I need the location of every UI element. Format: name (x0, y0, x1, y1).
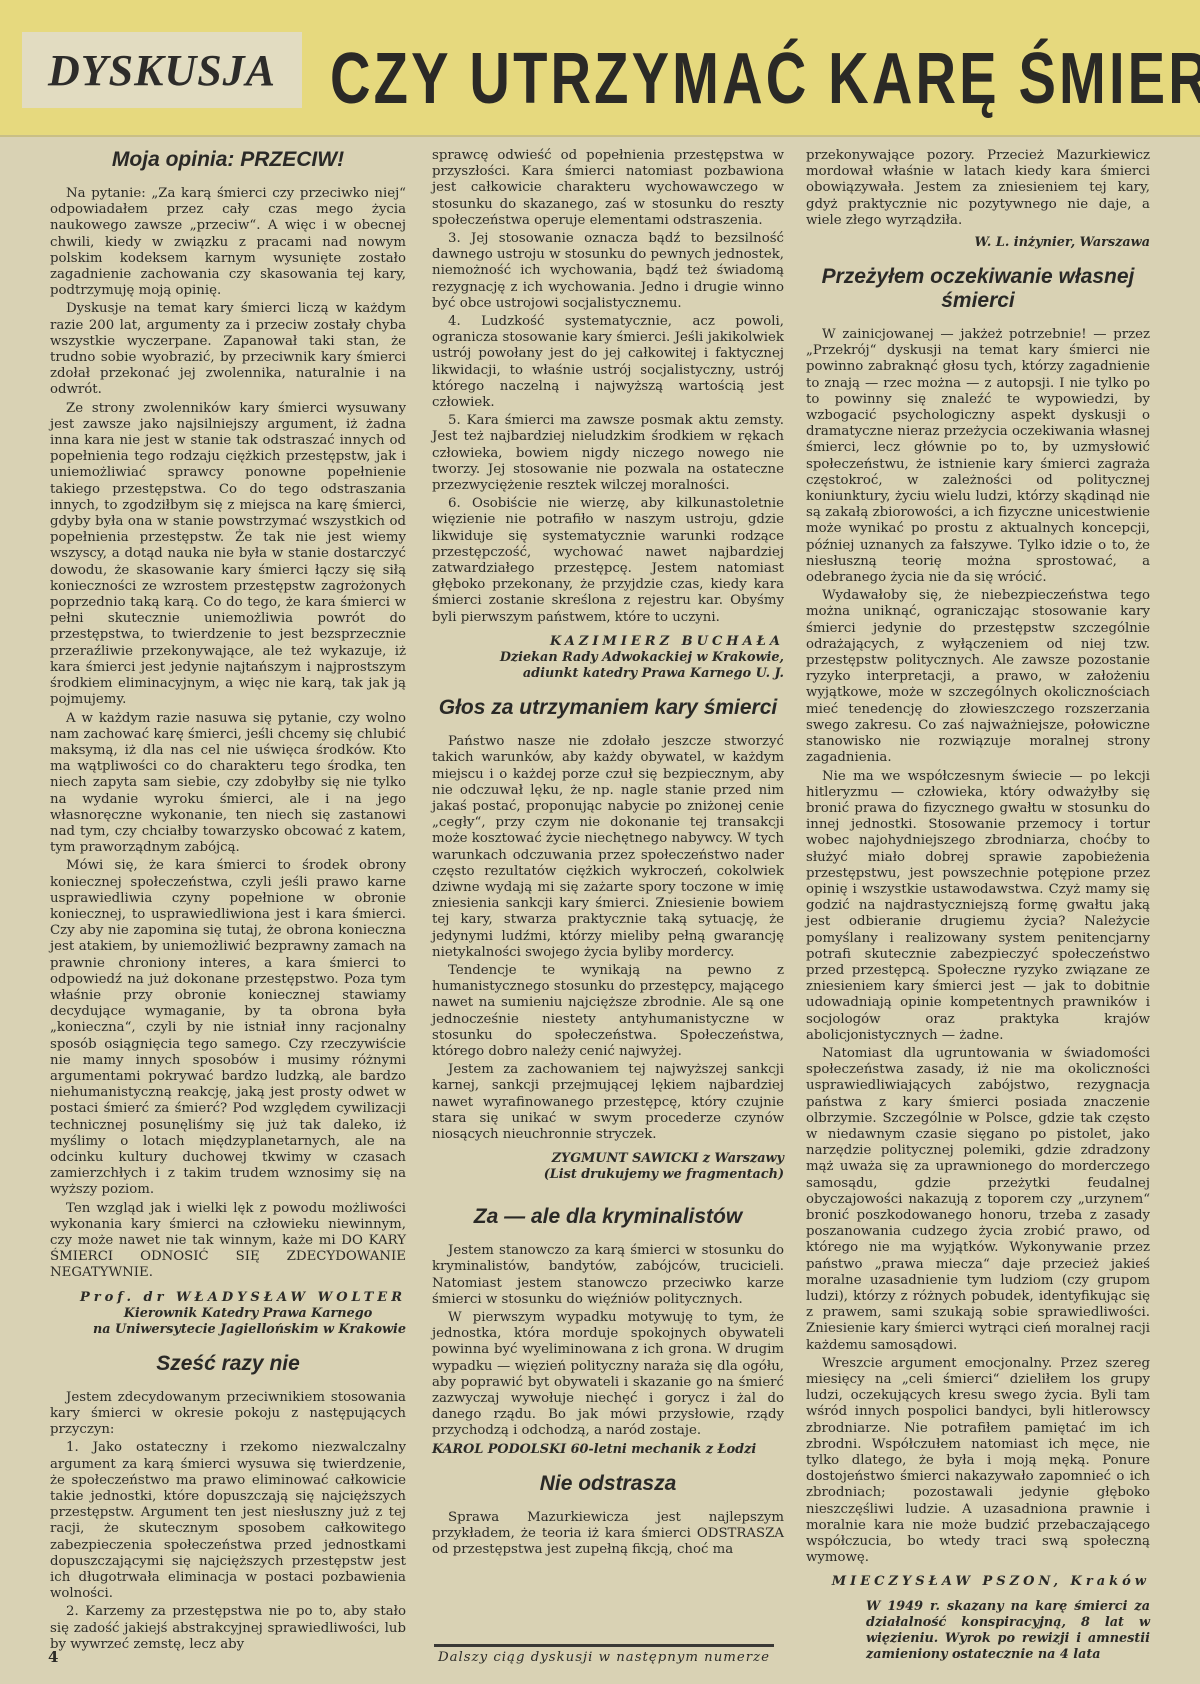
article-title-wl: Nie odstrasza (432, 1472, 784, 1496)
page-number: 4 (48, 1648, 58, 1666)
list-point: 3. Jej stosowanie oznacza bądź to bezsil… (432, 231, 784, 312)
author-affiliation: adiunkt katedry Prawa Karnego U. J. (432, 666, 784, 682)
author-affiliation: Dziekan Rady Adwokackiej w Krakowie, (432, 650, 784, 666)
article-title-wolter: Moja opinia: PRZECIW! (50, 148, 406, 172)
continued-note: Dalszy ciąg dyskusji w następnym numerze (434, 1650, 774, 1665)
paragraph-continued: przekonywające pozory. Przecież Mazurkie… (806, 148, 1150, 229)
author-signature-pszon: MIECZYSŁAW PSZON, Kraków (806, 1574, 1150, 1590)
column-1: Moja opinia: PRZECIW! Na pytanie: „Za ka… (50, 148, 406, 1655)
article-title-sawicki: Głos za utrzymaniem kary śmierci (432, 696, 784, 720)
paragraph: Dyskusje na temat kary śmierci liczą w k… (50, 301, 406, 398)
paragraph: Sprawa Mazurkiewicza jest najlepszym prz… (432, 1510, 784, 1559)
editorial-note: (List drukujemy we fragmentach) (432, 1167, 784, 1183)
author-signature-buchala: KAZIMIERZ BUCHAŁA (432, 634, 784, 650)
paragraph: Wydawałoby się, że niebezpieczeństwa teg… (806, 588, 1150, 766)
paragraph: Na pytanie: „Za karą śmierci czy przeciw… (50, 186, 406, 299)
paragraph: Natomiast dla ugruntowania w świadomości… (806, 1046, 1150, 1354)
author-signature-podolski: KAROL PODOLSKI 60-letni mechanik z Łodzi (432, 1442, 784, 1458)
paragraph: Jestem za zachowaniem tej najwyższej san… (432, 1062, 784, 1143)
list-point: 4. Ludzkość systematycznie, acz powoli, … (432, 314, 784, 411)
paragraph: Państwo nasze nie zdołało jeszcze stworz… (432, 734, 784, 961)
paragraph: Jestem stanowczo za karą śmierci w stosu… (432, 1243, 784, 1308)
author-signature-sawicki: ZYGMUNT SAWICKI z Warszawy (432, 1151, 784, 1167)
list-point-continued: sprawcę odwieść od popełnienia przestęps… (432, 148, 784, 229)
author-affiliation: na Uniwersytecie Jagiellońskim w Krakowi… (50, 1322, 406, 1338)
section-kicker-box: DYSKUSJA (22, 32, 302, 108)
paragraph: Mówi się, że kara śmierci to środek obro… (50, 858, 406, 1198)
paragraph: A w każdym razie nasuwa się pytanie, czy… (50, 711, 406, 857)
author-signature-wl: W. L. inżynier, Warszawa (806, 235, 1150, 251)
paragraph: Tendencje te wynikają na pewno z humanis… (432, 963, 784, 1060)
author-affiliation: Kierownik Katedry Prawa Karnego (50, 1306, 406, 1322)
paragraph: Nie ma we współczesnym świecie — po lekc… (806, 769, 1150, 1044)
list-point: 6. Osobiście nie wierzę, aby kilkunastol… (432, 496, 784, 626)
paragraph: Ze strony zwolenników kary śmierci wysuw… (50, 401, 406, 709)
section-kicker: DYSKUSJA (48, 45, 276, 96)
author-signature-wolter: Prof. dr WŁADYSŁAW WOLTER (50, 1290, 406, 1306)
paragraph: Wreszcie argument emocjonalny. Przez sze… (806, 1356, 1150, 1567)
list-point: 1. Jako ostateczny i rzekomo niezwalczal… (50, 1440, 406, 1602)
paragraph: Ten wzgląd jak i wielki lęk z powodu moż… (50, 1201, 406, 1282)
author-bio: W 1949 r. skazany na karę śmierci za dzi… (866, 1599, 1150, 1663)
list-point: 2. Karzemy za przestępstwa nie po to, ab… (50, 1604, 406, 1653)
article-title-buchala: Sześć razy nie (50, 1352, 406, 1376)
footer-divider (434, 1644, 774, 1647)
article-title-pszon: Przeżyłem oczekiwanie własnej śmierci (806, 265, 1150, 313)
list-point: 5. Kara śmierci ma zawsze posmak aktu ze… (432, 413, 784, 494)
paragraph: W zainicjowanej — jakżeż potrzebnie! — p… (806, 327, 1150, 586)
paragraph: Jestem zdecydowanym przeciwnikiem stosow… (50, 1390, 406, 1439)
column-2: sprawcę odwieść od popełnienia przestęps… (432, 148, 784, 1560)
article-title-podolski: Za — ale dla kryminalistów (432, 1205, 784, 1229)
page-headline: CZY UTRZYMAĆ KARĘ ŚMIERCI? (330, 36, 993, 122)
column-3: przekonywające pozory. Przecież Mazurkie… (806, 148, 1150, 1663)
paragraph: W pierwszym wypadku motywuję to tym, że … (432, 1310, 784, 1440)
header-band: DYSKUSJA CZY UTRZYMAĆ KARĘ ŚMIERCI? (0, 0, 1200, 137)
